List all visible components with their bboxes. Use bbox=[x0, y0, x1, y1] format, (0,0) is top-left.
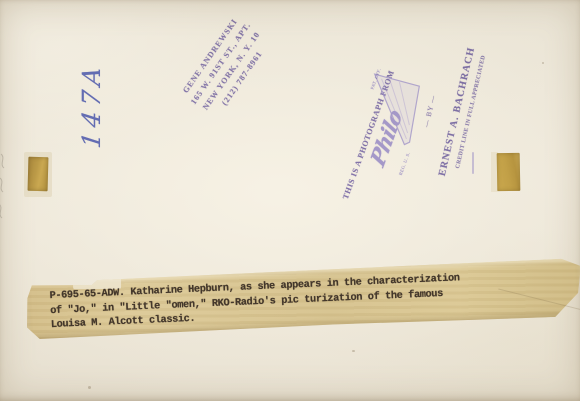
paper-fleck bbox=[352, 350, 355, 352]
paper-fleck bbox=[542, 62, 544, 64]
ink-smudge-mark bbox=[472, 152, 474, 174]
tape-fragment-left bbox=[28, 157, 49, 192]
tape-fragment-right bbox=[497, 153, 521, 191]
paper-fleck bbox=[88, 386, 91, 389]
pencil-squiggle-marks bbox=[0, 148, 15, 223]
handwritten-number: 147A bbox=[77, 53, 103, 156]
photo-back-scan: 147A GENE ANDREWSKI 165 W. 91ST ST., APT… bbox=[0, 0, 580, 401]
